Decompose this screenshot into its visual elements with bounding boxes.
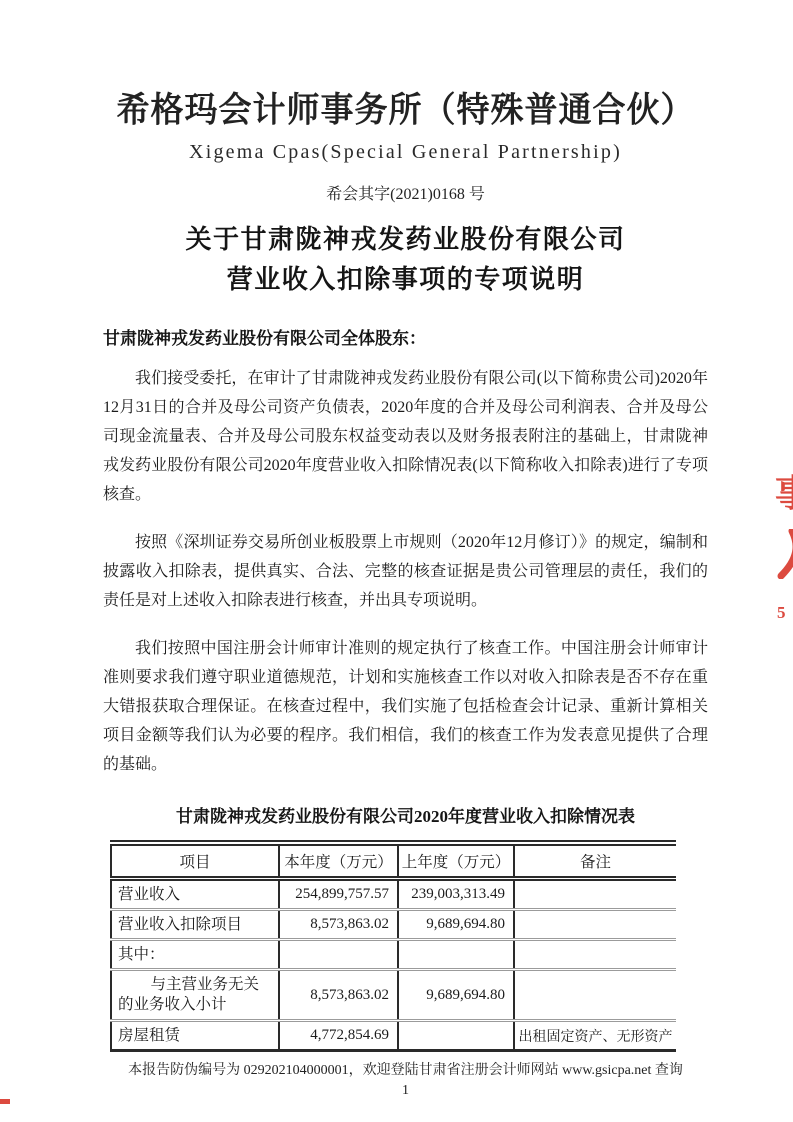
cell-note: 出租固定资产、无形资产 <box>514 1021 676 1051</box>
cell-prior-year: 9,689,694.80 <box>398 910 514 940</box>
cell-item: 营业收入 <box>111 879 279 910</box>
cell-item: 与主营业务无关的业务收入小计 <box>111 970 279 1021</box>
red-seal-fragment-bar-icon <box>0 1099 10 1104</box>
cell-note <box>514 970 676 1021</box>
column-header-prior-year: 上年度（万元） <box>398 843 514 879</box>
cell-current-year: 254,899,757.57 <box>279 879 398 910</box>
letterhead-firm-name-cn: 希格玛会计师事务所（特殊普通合伙） <box>103 87 708 133</box>
red-seal-fragment-number-icon: 5 <box>777 604 786 621</box>
table-row-operating-revenue: 营业收入 254,899,757.57 239,003,313.49 <box>111 879 676 910</box>
red-seal-fragment-top-icon: 事 <box>775 476 793 513</box>
letterhead-firm-name-en: Xigema Cpas(Special General Partnership) <box>103 139 708 165</box>
table-row-house-rental: 房屋租赁 4,772,854.69 出租固定资产、无形资产 <box>111 1021 676 1051</box>
body-paragraph-2: 按照《深圳证券交易所创业板股票上市规则（2020年12月修订）》的规定，编制和披… <box>103 528 708 615</box>
cell-item: 房屋租赁 <box>111 1021 279 1051</box>
scanned-document-page: 希格玛会计师事务所（特殊普通合伙） Xigema Cpas(Special Ge… <box>0 0 793 1122</box>
footer-antifraud-note: 本报告防伪编号为 029202104000001，欢迎登陆甘肃省注册会计师网站 … <box>103 1059 708 1079</box>
cell-note <box>514 910 676 940</box>
document-title-line-2: 营业收入扣除事项的专项说明 <box>103 260 708 300</box>
cell-prior-year: 239,003,313.49 <box>398 879 514 910</box>
cell-note <box>514 879 676 910</box>
cell-prior-year <box>398 1021 514 1051</box>
cell-current-year: 8,573,863.02 <box>279 910 398 940</box>
cell-prior-year <box>398 940 514 970</box>
income-deduction-table-title: 甘肃陇神戎发药业股份有限公司2020年度营业收入扣除情况表 <box>103 802 708 827</box>
table-header-row: 项目 本年度（万元） 上年度（万元） 备注 <box>111 843 676 879</box>
body-paragraph-3: 我们按照中国注册会计师审计准则的规定执行了核查工作。中国注册会计师审计准则要求我… <box>103 634 708 779</box>
column-header-item: 项目 <box>111 843 279 879</box>
cell-item: 其中： <box>111 940 279 970</box>
cell-current-year <box>279 940 398 970</box>
cell-note <box>514 940 676 970</box>
document-reference-number: 希会其字(2021)0168 号 <box>103 181 708 204</box>
table-row-including: 其中： <box>111 940 676 970</box>
column-header-current-year: 本年度（万元） <box>279 843 398 879</box>
document-title-line-1: 关于甘肃陇神戎发药业股份有限公司 <box>103 220 708 260</box>
document-content: 希格玛会计师事务所（特殊普通合伙） Xigema Cpas(Special Ge… <box>0 0 793 1099</box>
column-header-note: 备注 <box>514 843 676 879</box>
cell-current-year: 4,772,854.69 <box>279 1021 398 1051</box>
cell-item: 营业收入扣除项目 <box>111 910 279 940</box>
cell-current-year: 8,573,863.02 <box>279 970 398 1021</box>
table-row-unrelated-business-subtotal: 与主营业务无关的业务收入小计 8,573,863.02 9,689,694.80 <box>111 970 676 1021</box>
cell-prior-year: 9,689,694.80 <box>398 970 514 1021</box>
income-deduction-table: 项目 本年度（万元） 上年度（万元） 备注 营业收入 254,899,757.5… <box>110 840 676 1052</box>
red-seal-fragment-middle-icon <box>777 529 793 579</box>
table-row-revenue-deduction-items: 营业收入扣除项目 8,573,863.02 9,689,694.80 <box>111 910 676 940</box>
page-number: 1 <box>103 1083 708 1099</box>
body-paragraph-1: 我们接受委托，在审计了甘肃陇神戎发药业股份有限公司(以下简称贵公司)2020年1… <box>103 364 708 509</box>
salutation: 甘肃陇神戎发药业股份有限公司全体股东： <box>103 324 708 349</box>
